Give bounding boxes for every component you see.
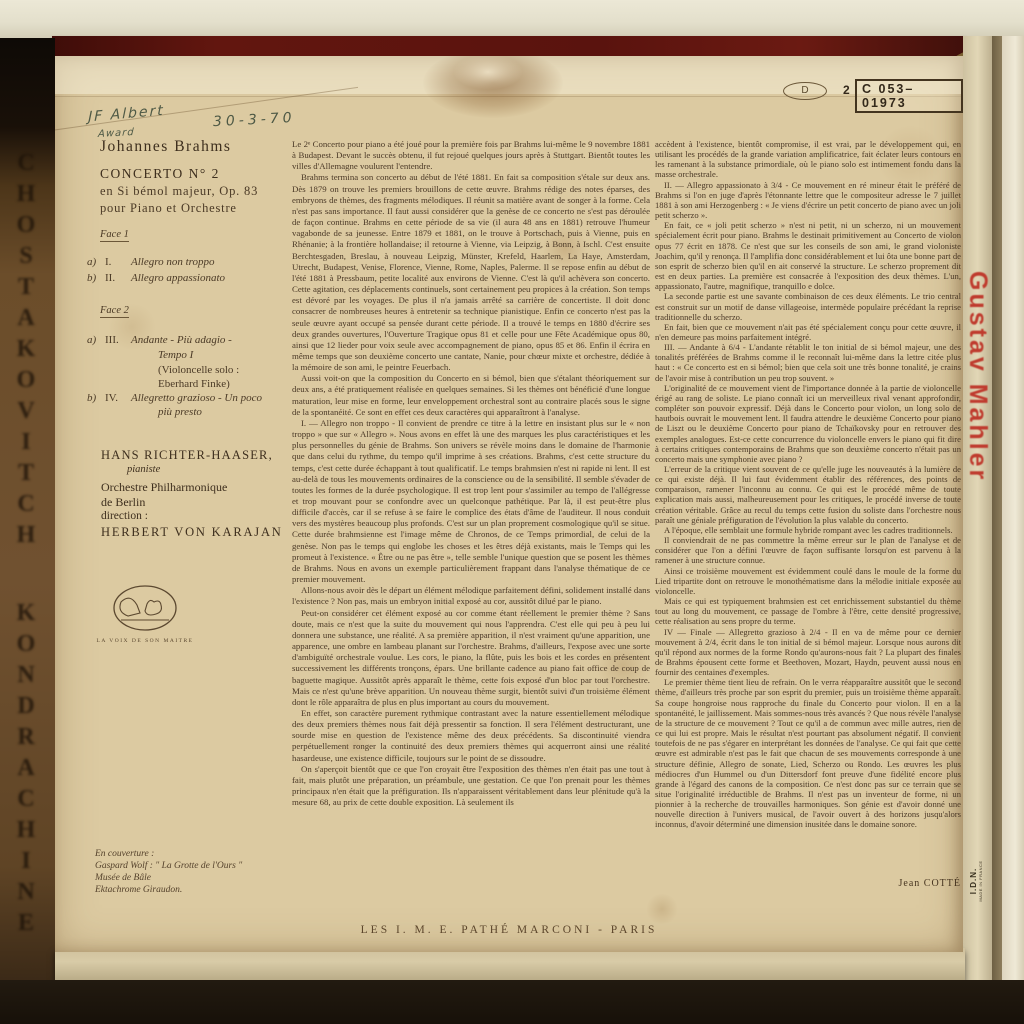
track-letter: b) [87, 392, 105, 404]
track-letter: a) [87, 256, 105, 268]
track-row: b)IV.Allegretto grazioso - Un poco [87, 392, 262, 404]
liner-paragraph: Le premier thème tient lieu de refrain. … [655, 677, 961, 829]
liner-paragraph: Le 2ᵉ Concerto pour piano a été joué pou… [292, 139, 650, 172]
imprint-made-in-france: MADE IN FRANCE [978, 846, 983, 916]
orchestra-name-line1: Orchestre Philharmonique [101, 480, 227, 495]
handwritten-name: JF Albert [88, 103, 165, 126]
liner-paragraph: Ainsi ce troisième mouvement est évidemm… [655, 566, 961, 596]
track-title-line: più presto [158, 406, 202, 418]
logo-caption: LA VOIX DE SON MAITRE [96, 638, 193, 644]
liner-paragraph: A l'époque, elle semblait une formule hy… [655, 525, 961, 535]
liner-paragraph: Aussi voit-on que la composition du Conc… [292, 373, 650, 418]
orchestra-name-line2: de Berlin [101, 495, 145, 510]
sleeve-gap-shadow [992, 36, 1002, 1024]
catalog-prefix: 2 [843, 83, 850, 97]
work-key: en Si bémol majeur, Op. 83 [100, 184, 258, 199]
liner-paragraph: En fait, ce « joli petit scherzo » n'est… [655, 220, 961, 291]
d-badge: D [783, 82, 827, 100]
left-spine-title-text: CHOSTAKOVITCH [12, 150, 39, 570]
face1-label: Face 1 [100, 224, 129, 242]
cover-credit-line: Gaspard Wolf : " La Grotte de l'Ours " [95, 860, 242, 872]
track-title: Allegro appassionato [131, 272, 225, 284]
liner-paragraph: En effet, son caractère purement rythmiq… [292, 708, 650, 764]
liner-paragraph: IV — Finale — Allegretto grazioso à 2/4 … [655, 627, 961, 678]
catalog-number: C 053–01973 [855, 79, 963, 113]
background-shadow-bottom [0, 980, 1024, 1024]
track-title: Andante - Più adagio - [131, 334, 232, 346]
liner-paragraph: La seconde partie est une savante combin… [655, 291, 961, 321]
liner-notes-column-1: Le 2ᵉ Concerto pour piano a été joué pou… [292, 139, 650, 895]
liner-paragraph: L'originalité de ce mouvement vient de l… [655, 383, 961, 464]
work-title: CONCERTO N° 2 [100, 166, 220, 182]
track-number: II. [105, 272, 131, 284]
dog-icon [145, 600, 161, 615]
liner-paragraph: Il conviendrait de ne pas commettre la m… [655, 535, 961, 565]
cover-credit-line: Musée de Bâle [95, 872, 242, 884]
liner-paragraph: Brahms termina son concerto au début de … [292, 172, 650, 373]
cover-credit-line: En couverture : [95, 848, 242, 860]
liner-paragraph: Allons-nous avoir dès le départ un éléme… [292, 585, 650, 607]
record-label-logo: LA VOIX DE SON MAITRE [95, 582, 195, 657]
hmv-dog-gramophone-logo: LA VOIX DE SON MAITRE [95, 582, 195, 652]
track-row: a)I.Allegro non troppo [87, 256, 215, 268]
far-sleeve-edge [1002, 36, 1024, 1024]
liner-notes-column-2: accèdent à l'existence, bientôt compromi… [655, 139, 961, 867]
track-title: Allegretto grazioso - Un poco [131, 392, 262, 404]
liner-paragraph: III. — Andante à 6/4 - L'andante rétabli… [655, 342, 961, 383]
stain [645, 894, 679, 924]
pianist-name: HANS RICHTER-HAASER, [101, 448, 273, 463]
cover-credit-line: Ektachrome Giraudon. [95, 884, 242, 896]
direction-label: direction : [101, 510, 148, 522]
liner-paragraph: Peut-on considérer cet élément exposé au… [292, 608, 650, 708]
lp-back-cover: D 2 C 053–01973 JF Albert Award 30-3-70 … [55, 56, 963, 952]
liner-paragraph: En fait, bien que ce mouvement n'ait pas… [655, 322, 961, 342]
track-number: IV. [105, 392, 131, 404]
cover-credit: En couverture : Gaspard Wolf : " La Grot… [95, 848, 242, 896]
composer-name: Johannes Brahms [100, 138, 231, 156]
author-signature: Jean COTTÉ [655, 878, 961, 889]
left-record-box-spine: CHOSTAKOVITCH KONDRACHINE [0, 38, 55, 1024]
track-row: b)II.Allegro appassionato [87, 272, 225, 284]
inner-sleeve-bottom-edge [55, 948, 965, 982]
track-row: a)III.Andante - Più adagio - [87, 334, 232, 346]
gramophone-icon [120, 598, 140, 616]
imprint-idn: I.D.N. [969, 846, 978, 916]
right-record-sleeves: Gustav Mahler I.D.N. MADE IN FRANCE [963, 36, 1024, 1024]
liner-paragraph: I. — Allegro non troppo - Il convient de… [292, 418, 650, 585]
liner-paragraph: Mais ce qui est typiquement brahmsien es… [655, 596, 961, 626]
pianist-role: pianiste [127, 464, 160, 475]
right-spine-title-text: Gustav Mahler [964, 271, 992, 691]
conductor-name: HERBERT VON KARAJAN [101, 525, 283, 540]
track-soloist-name: Eberhard Finke) [158, 378, 230, 390]
liner-paragraph: On s'aperçoit bientôt que ce que l'on cr… [292, 764, 650, 809]
track-number: III. [105, 334, 131, 346]
liner-paragraph: L'erreur de la critique vient souvent de… [655, 464, 961, 525]
publisher-imprint: LES I. M. E. PATHÉ MARCONI - PARIS [55, 924, 963, 936]
photo-of-lp-back-cover: CHOSTAKOVITCH KONDRACHINE Gustav Mahler … [0, 0, 1024, 1024]
track-number: I. [105, 256, 131, 268]
handwritten-date: 30-3-70 [213, 110, 296, 130]
track-title-line: Tempo I [158, 349, 193, 361]
logo-oval [114, 586, 176, 630]
track-soloist-line: (Violoncelle solo : [158, 364, 239, 376]
track-letter: b) [87, 272, 105, 284]
left-spine-artist-text: KONDRACHINE [12, 600, 39, 980]
face2-label: Face 2 [100, 300, 129, 318]
track-title: Allegro non troppo [131, 256, 215, 268]
liner-paragraph: II. — Allegro appassionato à 3/4 - Ce mo… [655, 180, 961, 221]
liner-paragraph: accèdent à l'existence, bientôt compromi… [655, 139, 961, 180]
track-letter: a) [87, 334, 105, 346]
work-ensemble: pour Piano et Orchestre [100, 201, 237, 216]
pressing-imprint: I.D.N. MADE IN FRANCE [969, 846, 983, 916]
